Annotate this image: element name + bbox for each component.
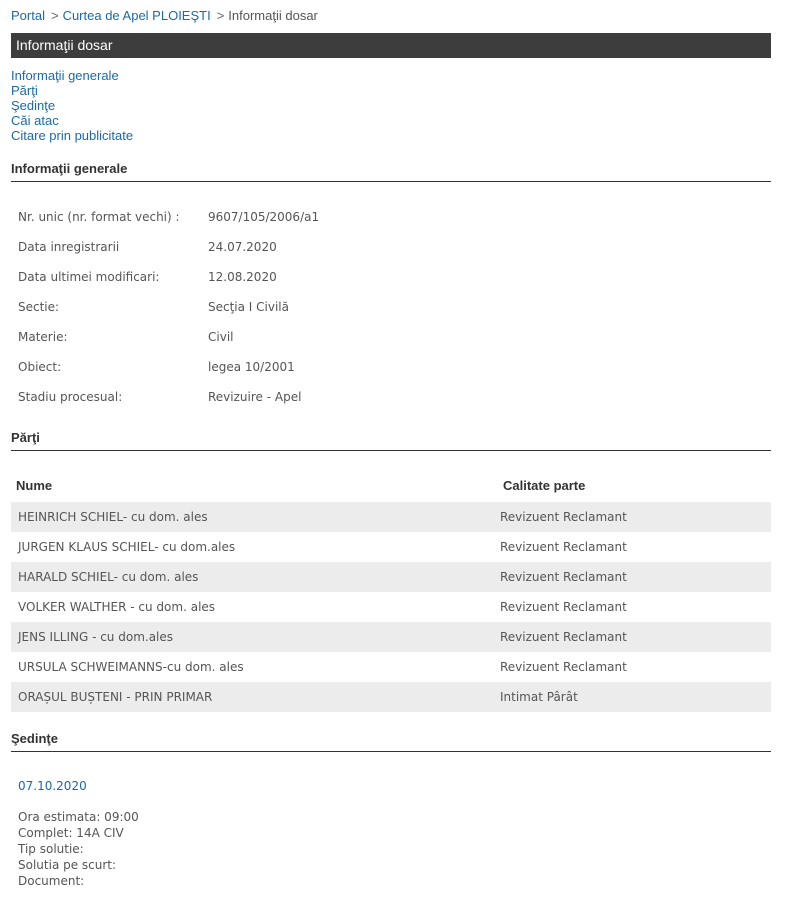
page-title-bar: Informaţii dosar xyxy=(11,33,771,58)
section-heading-general-info: Informaţii generale xyxy=(11,161,771,182)
party-name: URSULA SCHWEIMANNS-cu dom. ales xyxy=(11,652,493,682)
info-value: legea 10/2001 xyxy=(208,357,295,387)
table-row: HARALD SCHIEL- cu dom. ales Revizuent Re… xyxy=(11,562,771,592)
party-name: VOLKER WALTHER - cu dom. ales xyxy=(11,592,493,622)
section-heading-hearings: Şedinţe xyxy=(11,731,771,752)
general-info-table: Nr. unic (nr. format vechi) : 9607/105/2… xyxy=(18,207,319,417)
table-row: JENS ILLING - cu dom.ales Revizuent Recl… xyxy=(11,622,771,652)
info-row-matter: Materie: Civil xyxy=(18,327,319,357)
hearing-panel: Complet: 14A CIV xyxy=(18,825,139,841)
party-role: Revizuent Reclamant xyxy=(493,592,627,622)
info-row-procedural-stage: Stadiu procesual: Revizuire - Apel xyxy=(18,387,319,417)
info-value: 24.07.2020 xyxy=(208,237,277,267)
party-role: Revizuent Reclamant xyxy=(493,622,627,652)
party-role: Revizuent Reclamant xyxy=(493,502,627,532)
toc-link-general-info[interactable]: Informaţii generale xyxy=(11,68,133,83)
breadcrumb-separator: > xyxy=(51,8,59,23)
info-label: Nr. unic (nr. format vechi) : xyxy=(18,207,208,237)
info-row-object: Obiect: legea 10/2001 xyxy=(18,357,319,387)
info-label: Data ultimei modificari: xyxy=(18,267,208,297)
toc-link-parties[interactable]: Părţi xyxy=(11,83,133,98)
parties-table-header: Nume Calitate parte xyxy=(11,472,771,502)
breadcrumb-portal-link[interactable]: Portal xyxy=(11,8,45,23)
breadcrumb-current: Informaţii dosar xyxy=(228,8,318,23)
party-role: Revizuent Reclamant xyxy=(493,562,627,592)
hearing-document: Document: xyxy=(18,873,139,889)
info-label: Stadiu procesual: xyxy=(18,387,208,417)
hearing-entry: 07.10.2020 Ora estimata: 09:00 Complet: … xyxy=(18,778,139,889)
info-label: Materie: xyxy=(18,327,208,357)
party-name: ORAȘUL BUȘTENI - PRIN PRIMAR xyxy=(11,682,493,712)
party-name: HARALD SCHIEL- cu dom. ales xyxy=(11,562,493,592)
info-label: Data inregistrarii xyxy=(18,237,208,267)
info-label: Sectie: xyxy=(18,297,208,327)
party-role: Revizuent Reclamant xyxy=(493,652,627,682)
section-heading-parties: Părţi xyxy=(11,430,771,451)
info-row-last-modified: Data ultimei modificari: 12.08.2020 xyxy=(18,267,319,297)
party-name: JURGEN KLAUS SCHIEL- cu dom.ales xyxy=(11,532,493,562)
info-row-section: Sectie: Secţia I Civilă xyxy=(18,297,319,327)
hearing-solution-type: Tip solutie: xyxy=(18,841,139,857)
toc-link-hearings[interactable]: Şedinţe xyxy=(11,98,133,113)
table-row: ORAȘUL BUȘTENI - PRIN PRIMAR Intimat Pâr… xyxy=(11,682,771,712)
info-value: Civil xyxy=(208,327,233,357)
column-header-role: Calitate parte xyxy=(498,472,585,502)
info-value: 12.08.2020 xyxy=(208,267,277,297)
column-header-name: Nume xyxy=(11,472,498,502)
info-label: Obiect: xyxy=(18,357,208,387)
breadcrumb-court-link[interactable]: Curtea de Apel PLOIEŞTI xyxy=(63,8,211,23)
parties-table-body: HEINRICH SCHIEL- cu dom. ales Revizuent … xyxy=(11,502,771,712)
breadcrumb: Portal>Curtea de Apel PLOIEŞTI>Informaţi… xyxy=(11,8,318,24)
table-row: URSULA SCHWEIMANNS-cu dom. ales Revizuen… xyxy=(11,652,771,682)
breadcrumb-separator: > xyxy=(217,8,225,23)
party-role: Revizuent Reclamant xyxy=(493,532,627,562)
toc-link-appeals[interactable]: Căi atac xyxy=(11,113,133,128)
hearing-estimated-time: Ora estimata: 09:00 xyxy=(18,809,139,825)
party-role: Intimat Pârât xyxy=(493,682,578,712)
table-row: JURGEN KLAUS SCHIEL- cu dom.ales Revizue… xyxy=(11,532,771,562)
info-row-registration-date: Data inregistrarii 24.07.2020 xyxy=(18,237,319,267)
info-value: Revizuire - Apel xyxy=(208,387,301,417)
hearing-solution-summary: Solutia pe scurt: xyxy=(18,857,139,873)
party-name: JENS ILLING - cu dom.ales xyxy=(11,622,493,652)
info-value: 9607/105/2006/a1 xyxy=(208,207,319,237)
table-of-contents: Informaţii generale Părţi Şedinţe Căi at… xyxy=(11,68,133,143)
parties-table: Nume Calitate parte HEINRICH SCHIEL- cu … xyxy=(11,472,771,712)
info-row-case-number: Nr. unic (nr. format vechi) : 9607/105/2… xyxy=(18,207,319,237)
toc-link-public-summons[interactable]: Citare prin publicitate xyxy=(11,128,133,143)
party-name: HEINRICH SCHIEL- cu dom. ales xyxy=(11,502,493,532)
table-row: VOLKER WALTHER - cu dom. ales Revizuent … xyxy=(11,592,771,622)
hearing-date-link[interactable]: 07.10.2020 xyxy=(18,778,139,794)
info-value: Secţia I Civilă xyxy=(208,297,289,327)
table-row: HEINRICH SCHIEL- cu dom. ales Revizuent … xyxy=(11,502,771,532)
